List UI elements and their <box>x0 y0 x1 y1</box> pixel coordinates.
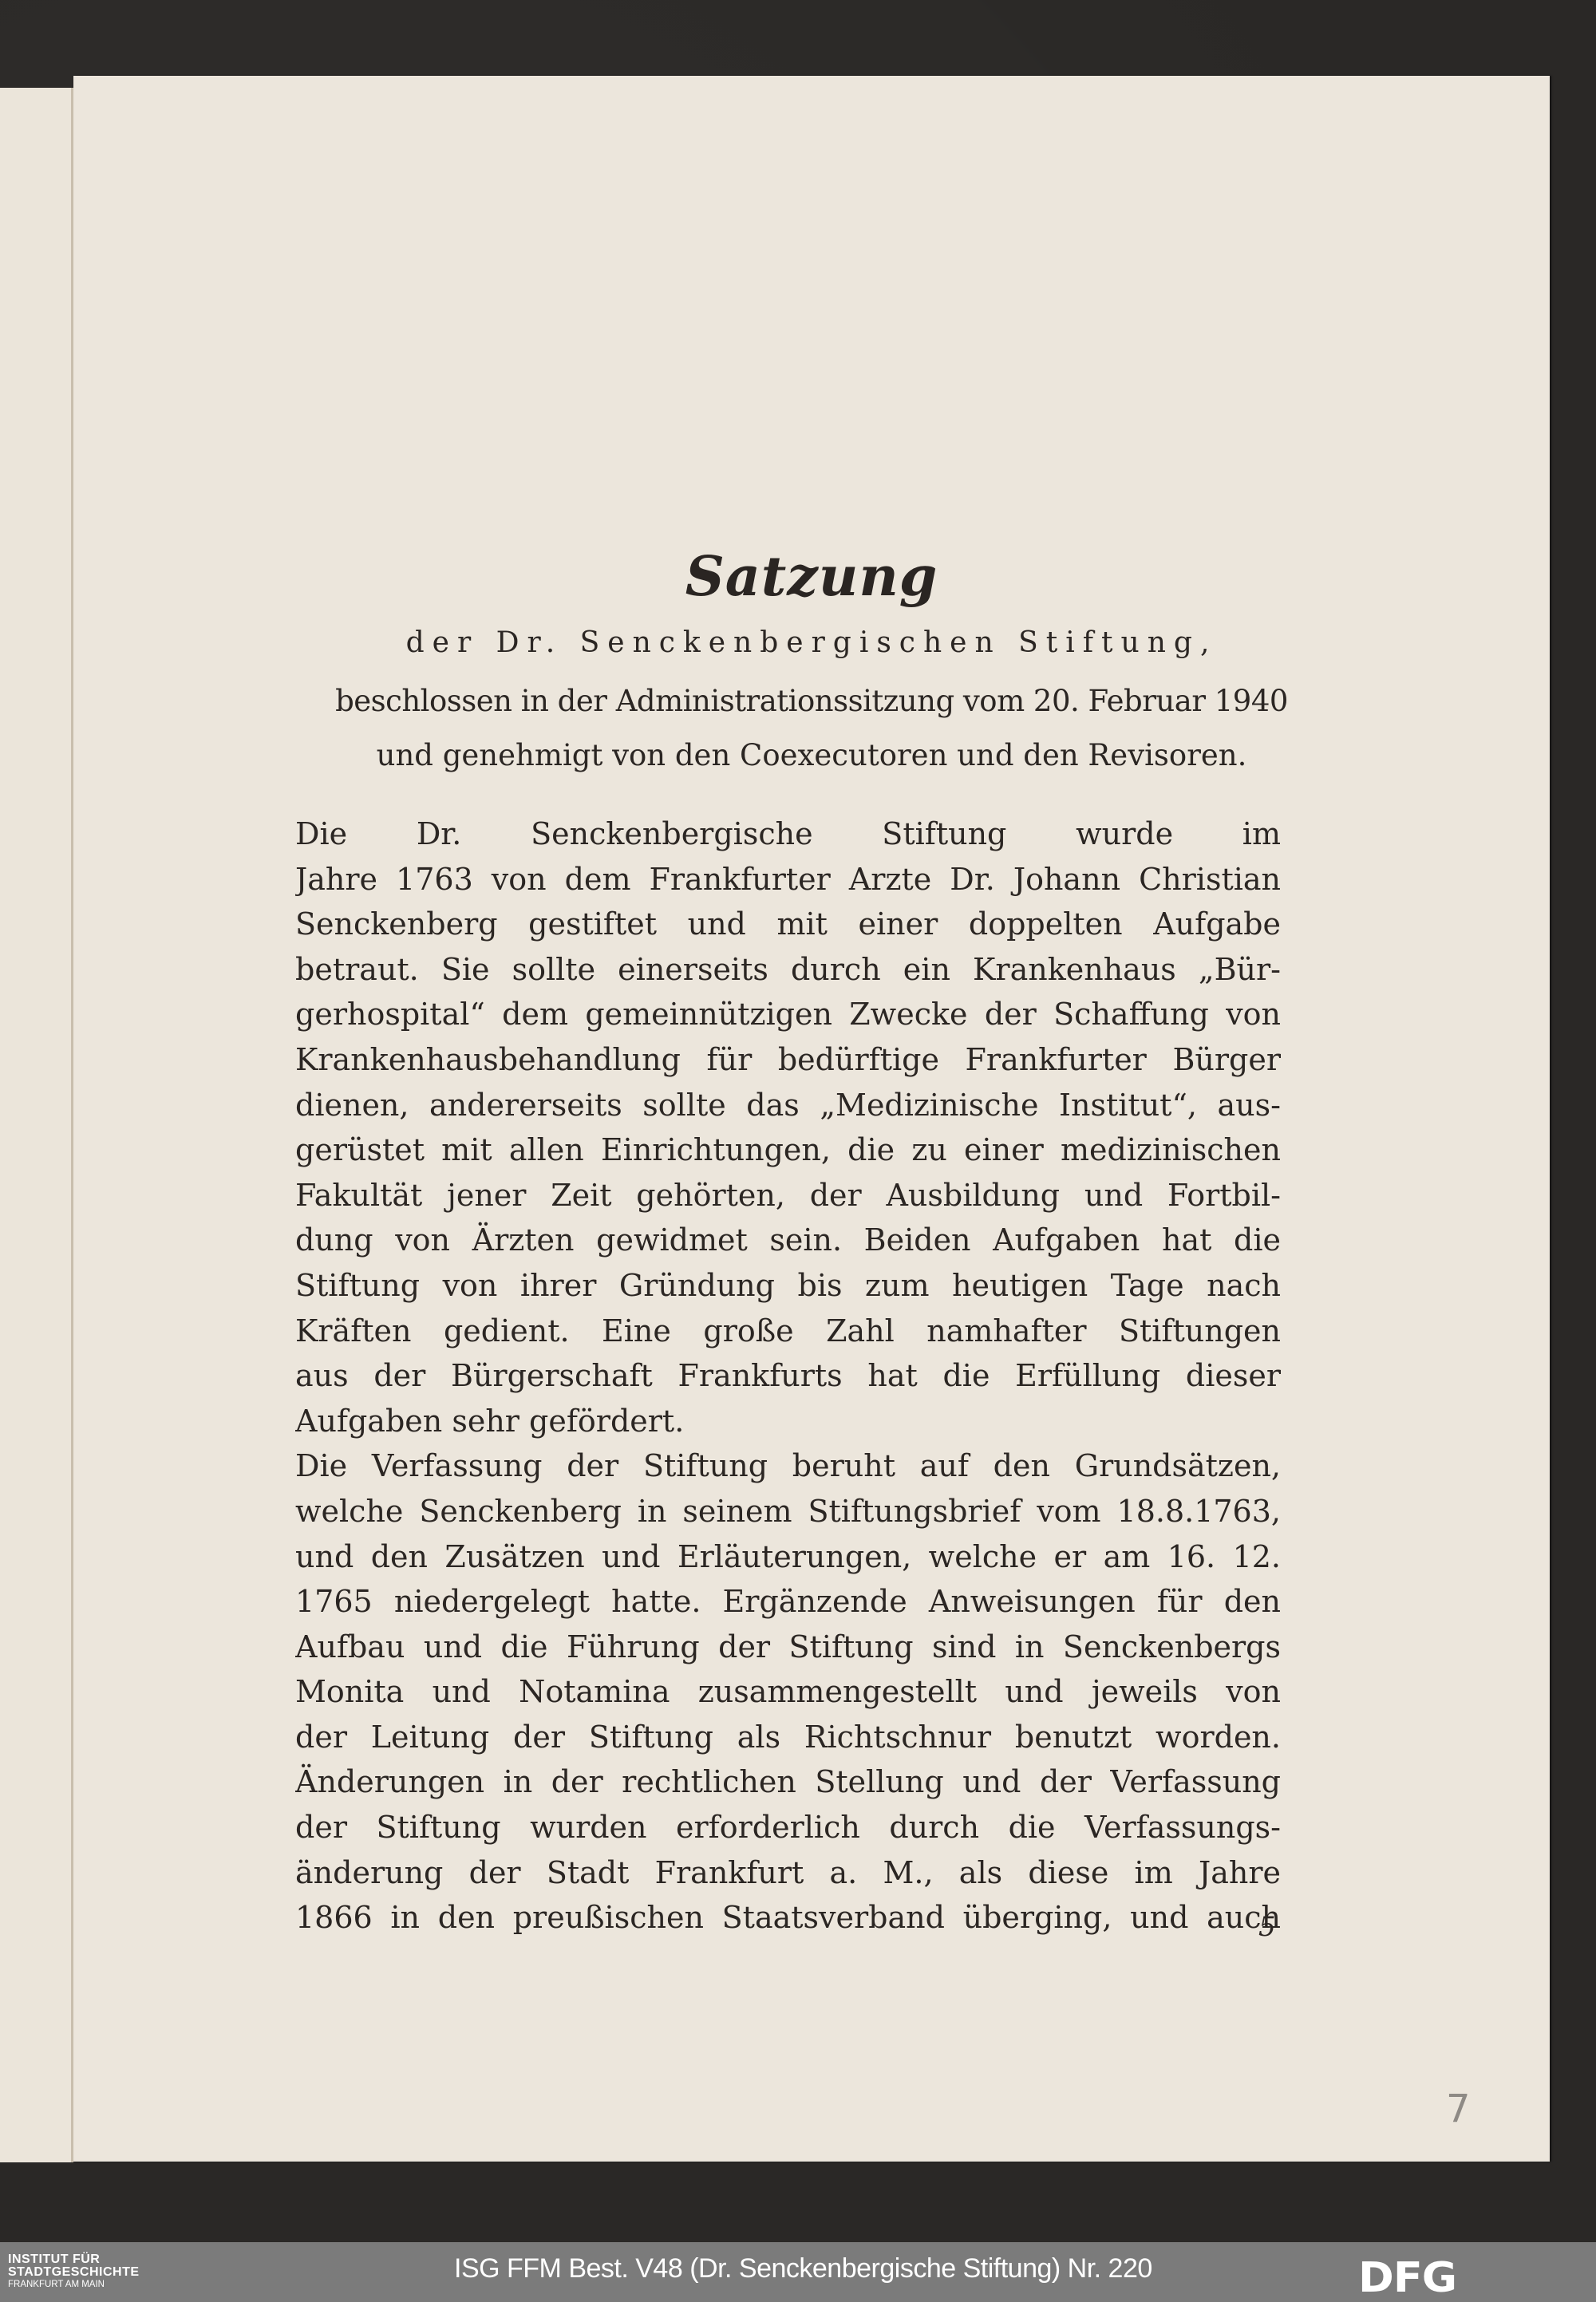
body-line: Die Dr. Senckenbergische Stiftung wurde … <box>295 811 1281 857</box>
body-line: gerhospital“ dem gemeinnützigen Zwecke d… <box>295 992 1281 1037</box>
body-line: aus der Bürgerschaft Frankfurts hat die … <box>295 1353 1281 1399</box>
institute-name-line-1: INSTITUT FÜR <box>8 2253 140 2266</box>
archive-footer-bar: INSTITUT FÜR STADTGESCHICHTE FRANKFURT A… <box>0 2242 1596 2302</box>
body-line: Senckenberg gestiftet und mit einer dopp… <box>295 902 1281 947</box>
body-line: Fakultät jener Zeit gehörten, der Ausbil… <box>295 1173 1281 1218</box>
institute-name-line-2: STADTGESCHICHTE <box>8 2266 140 2279</box>
dfg-logo: DFG <box>1358 2257 1456 2298</box>
body-line: und den Zusätzen und Erläuterungen, welc… <box>295 1534 1281 1580</box>
body-line: änderung der Stadt Frankfurt a. M., als … <box>295 1850 1281 1896</box>
document-title: Satzung <box>73 545 1550 609</box>
body-line: dienen, andererseits sollte das „Medizin… <box>295 1083 1281 1128</box>
body-line: Aufgaben sehr gefördert. <box>295 1399 1281 1444</box>
body-line: Kräften gedient. Eine große Zahl namhaft… <box>295 1309 1281 1354</box>
shelfmark-label: ISG FFM Best. V48 (Dr. Senckenbergische … <box>454 2253 1152 2284</box>
body-line: Krankenhausbehandlung für bedürftige Fra… <box>295 1037 1281 1083</box>
body-line: Aufbau und die Führung der Stiftung sind… <box>295 1625 1281 1670</box>
body-line: 1866 in den preußischen Staatsverband üb… <box>295 1895 1281 1941</box>
body-line: welche Senckenberg in seinem Stiftungsbr… <box>295 1489 1281 1534</box>
subtitle-line-1: der Dr. Senckenbergischen Stiftung, <box>73 626 1550 659</box>
subtitle-line-3: und genehmigt von den Coexecutoren und d… <box>73 738 1550 772</box>
body-line: Die Verfassung der Stiftung beruht auf d… <box>295 1443 1281 1489</box>
page-number: 5 <box>1258 1911 1276 1943</box>
body-line: der Stiftung wurden erforderlich durch d… <box>295 1805 1281 1850</box>
left-page-edge <box>0 88 72 2162</box>
body-text: Die Dr. Senckenbergische Stiftung wurde … <box>295 811 1281 1941</box>
body-line: Monita und Notamina zusammengestellt und… <box>295 1669 1281 1715</box>
body-line: gerüstet mit allen Einrichtungen, die zu… <box>295 1127 1281 1173</box>
pencil-folio-number: 7 <box>1446 2087 1471 2131</box>
body-line: 1765 niedergelegt hatte. Ergänzende Anwe… <box>295 1579 1281 1625</box>
document-page: Satzung der Dr. Senckenbergischen Stiftu… <box>73 76 1550 2162</box>
body-line: der Leitung der Stiftung als Richtschnur… <box>295 1715 1281 1760</box>
institute-logo: INSTITUT FÜR STADTGESCHICHTE FRANKFURT A… <box>8 2253 140 2290</box>
body-line: betraut. Sie sollte einerseits durch ein… <box>295 947 1281 993</box>
body-line: dung von Ärzten gewidmet sein. Beiden Au… <box>295 1218 1281 1263</box>
body-line: Jahre 1763 von dem Frankfurter Arzte Dr.… <box>295 857 1281 902</box>
body-line: Stiftung von ihrer Gründung bis zum heut… <box>295 1263 1281 1309</box>
subtitle-line-2: beschlossen in der Administrationssitzun… <box>73 684 1550 718</box>
institute-location: FRANKFURT AM MAIN <box>8 2280 140 2290</box>
body-line: Änderungen in der rechtlichen Stellung u… <box>295 1759 1281 1805</box>
